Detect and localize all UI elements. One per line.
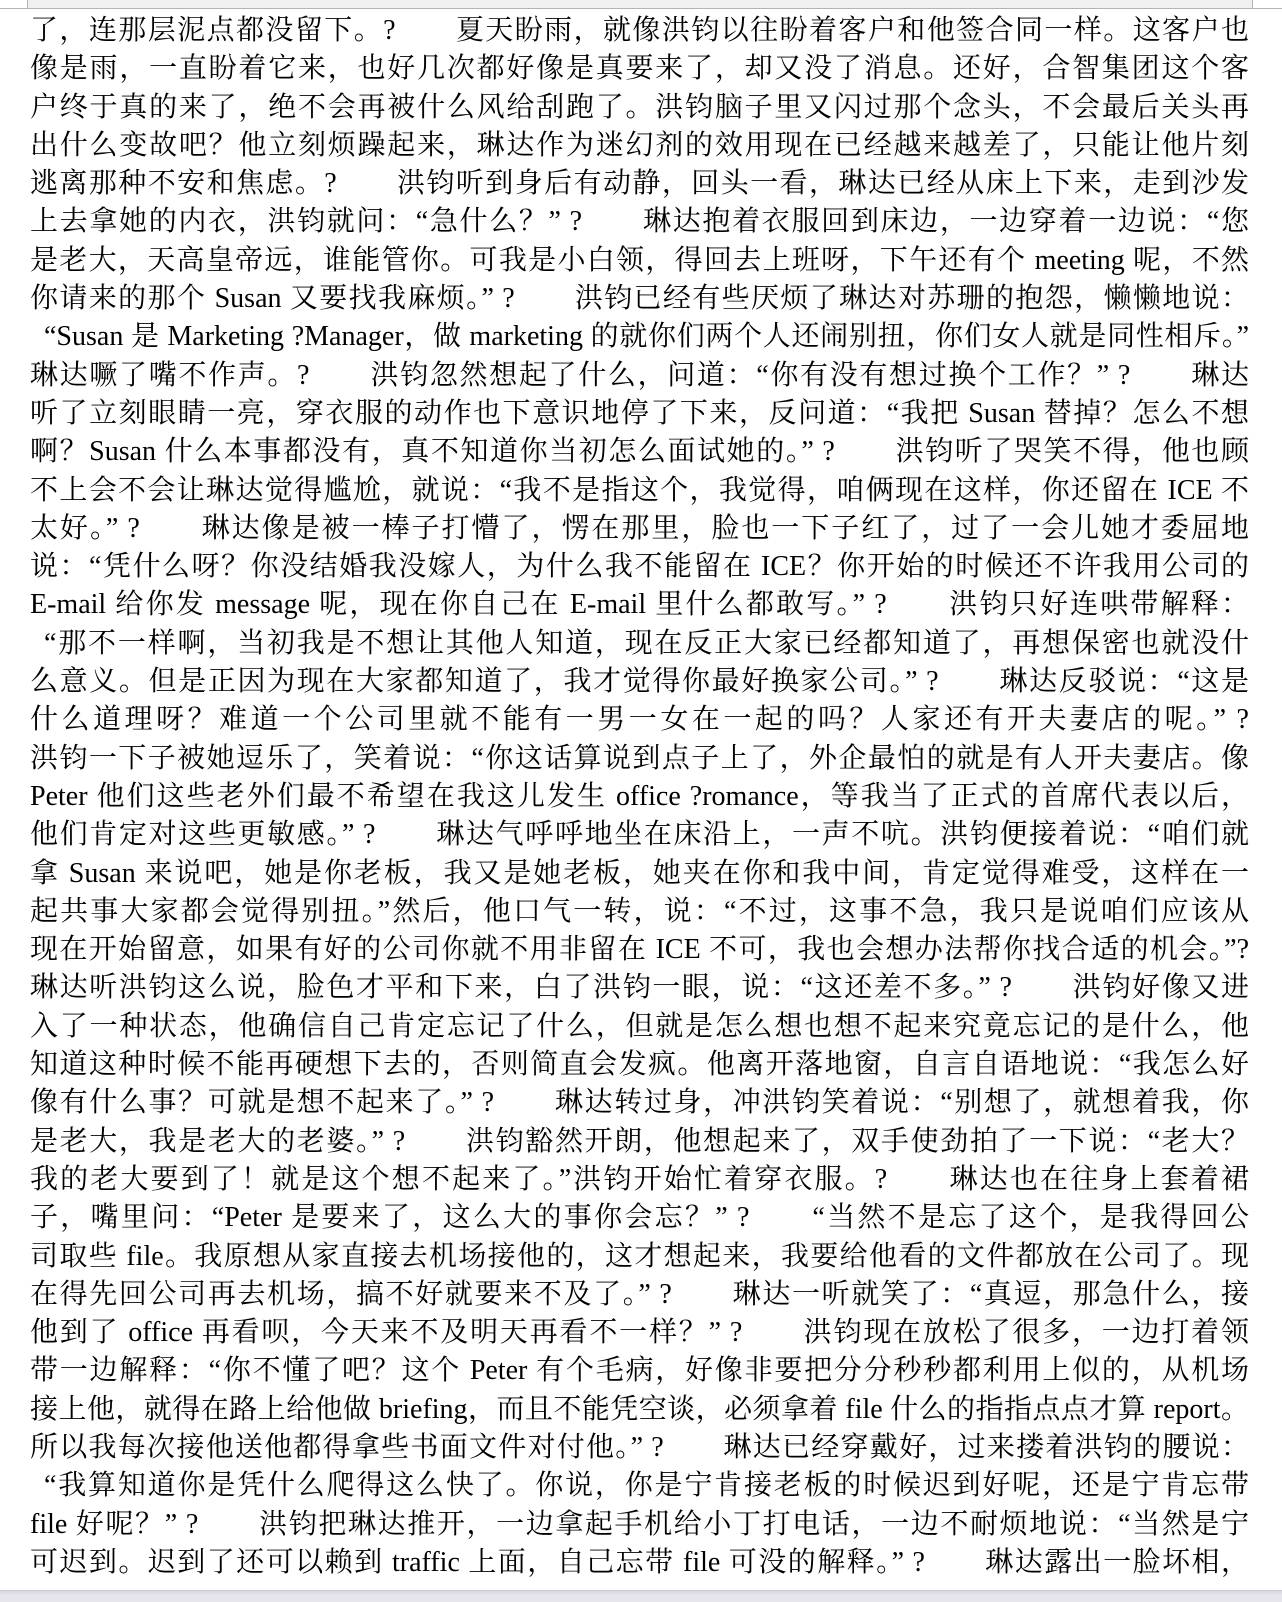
text-line: 听了立刻眼睛一亮，穿衣服的动作也下意识地停了下来，反问道：“我把 Susan 替… — [30, 395, 1249, 433]
text-line: 现在开始留意，如果有好的公司你就不用非留在 ICE 不可，我也会想办法帮你找合适… — [30, 931, 1249, 969]
text-line: “我算知道你是凭什么爬得这么快了。你说，你是宁肯接老板的时候迟到好呢，还是宁肯忘… — [30, 1467, 1249, 1505]
text-line: 司取些 file。我原想从家直接去机场接他的，这才想起来，我要给他看的文件都放在… — [30, 1238, 1249, 1276]
text-line: 所以我每次接他送他都得拿些书面文件对付他。” ? 琳达已经穿戴好，过来搂着洪钧的… — [30, 1429, 1249, 1467]
top-left-corner-notch — [0, 0, 28, 8]
text-line: 可迟到。迟到了还可以赖到 traffic 上面，自己忘带 file 可没的解释。… — [30, 1544, 1249, 1582]
text-line: file 好呢？” ? 洪钧把琳达推开，一边拿起手机给小丁打电话，一边不耐烦地说… — [30, 1506, 1249, 1544]
top-frame-border — [0, 0, 1282, 9]
text-line: 是老大，天高皇帝远，谁能管你。可我是小白领，得回去上班呀，下午还有个 meeti… — [30, 242, 1249, 280]
text-line: E-mail 给你发 message 呢，现在你自己在 E-mail 里什么都敢… — [30, 586, 1249, 624]
text-line: 洪钧一下子被她逗乐了，笑着说：“你这话算说到点子上了，外企最怕的就是有人开夫妻店… — [30, 740, 1249, 778]
text-line: 像有什么事？可就是想不起来了。” ? 琳达转过身，冲洪钧笑着说：“别想了，就想着… — [30, 1084, 1249, 1122]
text-line: 琳达听洪钧这么说，脸色才平和下来，白了洪钧一眼，说：“这还差不多。” ? 洪钧好… — [30, 969, 1249, 1007]
bottom-edge-bar — [0, 1590, 1282, 1602]
text-line: 说：“凭什么呀？你没结婚我没嫁人，为什么我不能留在 ICE？你开始的时候还不许我… — [30, 548, 1249, 586]
text-line: 出什么变故吧？他立刻烦躁起来，琳达作为迷幻剂的效用现在已经越来越差了，只能让他片… — [30, 127, 1249, 165]
text-line: 我的老大要到了！就是这个想不起来了。”洪钧开始忙着穿衣服。? 琳达也在往身上套着… — [30, 1161, 1249, 1199]
text-line: 不上会不会让琳达觉得尴尬，就说：“我不是指这个，我觉得，咱俩现在这样，你还留在 … — [30, 472, 1249, 510]
text-line: 上去拿她的内衣，洪钧就问：“急什么？” ? 琳达抱着衣服回到床边，一边穿着一边说… — [30, 203, 1249, 241]
text-line: 带一边解释：“你不懂了吧？这个 Peter 有个毛病，好像非要把分分秒秒都利用上… — [30, 1352, 1249, 1390]
text-line: 太好。” ? 琳达像是被一棒子打懵了，愣在那里，脸也一下子红了，过了一会儿她才委… — [30, 510, 1249, 548]
text-line: 拿 Susan 来说吧，她是你老板，我又是她老板，她夹在你和我中间，肯定觉得难受… — [30, 855, 1249, 893]
text-line: 你请来的那个 Susan 又要找我麻烦。” ? 洪钧已经有些厌烦了琳达对苏珊的抱… — [30, 280, 1249, 318]
text-line: “那不一样啊，当初我是不想让其他人知道，现在反正大家已经都知道了，再想保密也就没… — [30, 625, 1249, 663]
text-line: 啊？Susan 什么本事都没有，真不知道你当初怎么面试她的。” ? 洪钧听了哭笑… — [30, 433, 1249, 471]
text-line: Peter 他们这些老外们最不希望在我这儿发生 office ?romance，… — [30, 778, 1249, 816]
text-line: 在得先回公司再去机场，搞不好就要来不及了。” ? 琳达一听就笑了：“真逗，那急什… — [30, 1276, 1249, 1314]
text-line: 是老大，我是老大的老婆。” ? 洪钧豁然开朗，他想起来了，双手使劲拍了一下说：“… — [30, 1123, 1249, 1161]
text-line: 入了一种状态，他确信自己肯定忘记了什么，但就是怎么想也想不起来究竟忘记的是什么，… — [30, 1008, 1249, 1046]
text-line: 知道这种时候不能再硬想下去的，否则简直会发疯。他离开落地窗，自言自语地说：“我怎… — [30, 1046, 1249, 1084]
text-line: “Susan 是 Marketing ?Manager，做 marketing … — [30, 318, 1249, 356]
text-line: 什么道理呀？难道一个公司里就不能有一男一女在一起的吗？人家还有开夫妻店的呢。” … — [30, 701, 1249, 739]
document-page: 了，连那层泥点都没留下。? 夏天盼雨，就像洪钧以往盼着客户和他签合同一样。这客户… — [0, 0, 1282, 1602]
text-line: 起共事大家都会觉得别扭。”然后，他口气一转，说：“不过，这事不急，我只是说咱们应… — [30, 893, 1249, 931]
top-right-corner-notch — [1252, 0, 1282, 8]
text-line: 接上他，就得在路上给他做 briefing，而且不能凭空谈，必须拿着 file … — [30, 1391, 1249, 1429]
text-line: 逃离那种不安和焦虑。? 洪钧听到身后有动静，回头一看，琳达已经从床上下来，走到沙… — [30, 165, 1249, 203]
text-line: 了，连那层泥点都没留下。? 夏天盼雨，就像洪钧以往盼着客户和他签合同一样。这客户… — [30, 12, 1249, 50]
text-line: 子，嘴里问：“Peter 是要来了，这么大的事你会忘？” ? “当然不是忘了这个… — [30, 1199, 1249, 1237]
text-line: 他到了 office 再看呗，今天来不及明天再看不一样？” ? 洪钧现在放松了很… — [30, 1314, 1249, 1352]
body-text: 了，连那层泥点都没留下。? 夏天盼雨，就像洪钧以往盼着客户和他签合同一样。这客户… — [30, 12, 1249, 1582]
text-line: 他们肯定对这些更敏感。” ? 琳达气呼呼地坐在床沿上，一声不吭。洪钧便接着说：“… — [30, 816, 1249, 854]
text-line: 像是雨，一直盼着它来，也好几次都好像是真要来了，却又没了消息。还好，合智集团这个… — [30, 50, 1249, 88]
text-line: 户终于真的来了，绝不会再被什么风给刮跑了。洪钧脑子里又闪过那个念头，不会最后关头… — [30, 89, 1249, 127]
text-line: 么意义。但是正因为现在大家都知道了，我才觉得你最好换家公司。” ? 琳达反驳说：… — [30, 663, 1249, 701]
text-line: 琳达噘了嘴不作声。? 洪钧忽然想起了什么，问道：“你有没有想过换个工作？” ? … — [30, 357, 1249, 395]
